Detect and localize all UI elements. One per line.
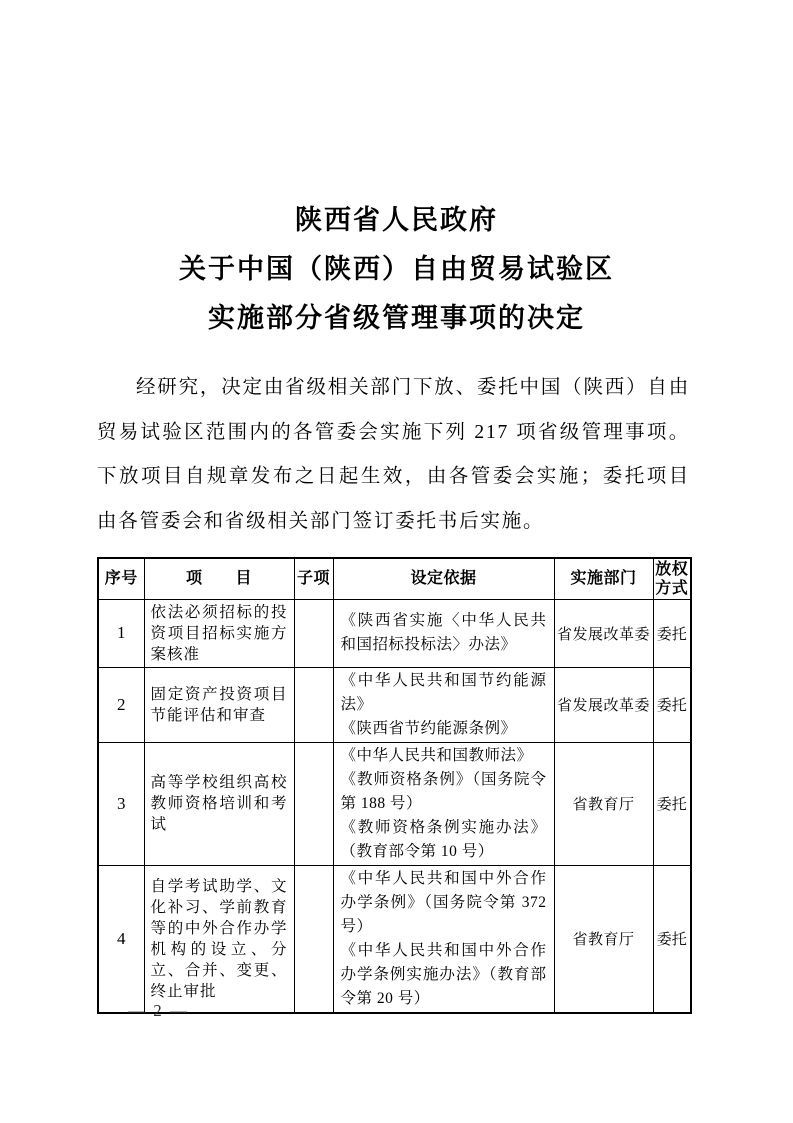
cell-department: 省发展改革委 [554,667,653,742]
cell-number: 3 [98,742,144,865]
basis-line: 《中华人民共和国节约能源法》 [341,669,547,717]
cell-department: 省教育厅 [554,865,653,1013]
table-row: 1依法必须招标的投资项目招标实施方案核准《陕西省实施〈中华人民共和国招标投标法〉… [98,599,691,667]
cell-project: 高等学校组织高校教师资格培训和考试 [144,742,294,865]
document-title: 陕西省人民政府 关于中国（陕西）自由贸易试验区 实施部分省级管理事项的决定 [0,196,793,343]
cell-number: 4 [98,865,144,1013]
items-table: 序号 项 目 子项 设定依据 实施部门 放权方式 1依法必须招标的投资项目招标实… [97,557,692,1014]
page-number: — 2 — [128,1001,189,1021]
cell-subitem [294,742,333,865]
header-department: 实施部门 [554,558,653,599]
items-table-body: 1依法必须招标的投资项目招标实施方案核准《陕西省实施〈中华人民共和国招标投标法〉… [98,599,691,1013]
cell-basis: 《陕西省实施〈中华人民共和国招标投标法〉办法》 [333,599,554,667]
basis-line: 《陕西省实施〈中华人民共和国招标投标法〉办法》 [341,609,547,657]
items-table-header: 序号 项 目 子项 设定依据 实施部门 放权方式 [98,558,691,599]
table-row: 2固定资产投资项目节能评估和审查《中华人民共和国节约能源法》《陕西省节约能源条例… [98,667,691,742]
cell-project: 自学考试助学、文化补习、学前教育等的中外合作办学机构的设立、分立、合并、变更、终… [144,865,294,1013]
basis-line: 《中华人民共和国中外合作办学条例实施办法》（教育部令第 20 号） [341,939,547,1011]
table-row: 4自学考试助学、文化补习、学前教育等的中外合作办学机构的设立、分立、合并、变更、… [98,865,691,1013]
cell-project: 固定资产投资项目节能评估和审查 [144,667,294,742]
cell-method: 委托 [653,865,691,1013]
basis-line: 《教师资格条例实施办法》（教育部令第 10 号） [341,816,547,864]
body-paragraph: 经研究，决定由省级相关部门下放、委托中国（陕西）自由贸易试验区范围内的各管委会实… [97,366,690,544]
cell-subitem [294,599,333,667]
header-row: 序号 项 目 子项 设定依据 实施部门 放权方式 [98,558,691,599]
title-line-3: 实施部分省级管理事项的决定 [0,294,793,343]
cell-subitem [294,667,333,742]
header-number: 序号 [98,558,144,599]
cell-department: 省教育厅 [554,742,653,865]
cell-department: 省发展改革委 [554,599,653,667]
basis-line: 《教师资格条例》（国务院令第 188 号） [341,768,547,816]
basis-line: 《中华人民共和国中外合作办学条例》（国务院令第 372 号） [341,867,547,939]
cell-subitem [294,865,333,1013]
header-method: 放权方式 [653,558,691,599]
title-line-2: 关于中国（陕西）自由贸易试验区 [0,245,793,294]
document-page: 陕西省人民政府 关于中国（陕西）自由贸易试验区 实施部分省级管理事项的决定 经研… [0,0,793,1123]
basis-line: 《陕西省节约能源条例》 [341,717,547,741]
basis-line: 《中华人民共和国教师法》 [341,744,547,768]
cell-method: 委托 [653,599,691,667]
cell-basis: 《中华人民共和国中外合作办学条例》（国务院令第 372 号）《中华人民共和国中外… [333,865,554,1013]
cell-basis: 《中华人民共和国节约能源法》《陕西省节约能源条例》 [333,667,554,742]
cell-project: 依法必须招标的投资项目招标实施方案核准 [144,599,294,667]
header-project: 项 目 [144,558,294,599]
cell-number: 2 [98,667,144,742]
title-line-1: 陕西省人民政府 [0,196,793,245]
header-basis: 设定依据 [333,558,554,599]
cell-basis: 《中华人民共和国教师法》《教师资格条例》（国务院令第 188 号）《教师资格条例… [333,742,554,865]
cell-number: 1 [98,599,144,667]
header-subitem: 子项 [294,558,333,599]
cell-method: 委托 [653,667,691,742]
cell-method: 委托 [653,742,691,865]
table-row: 3高等学校组织高校教师资格培训和考试《中华人民共和国教师法》《教师资格条例》（国… [98,742,691,865]
